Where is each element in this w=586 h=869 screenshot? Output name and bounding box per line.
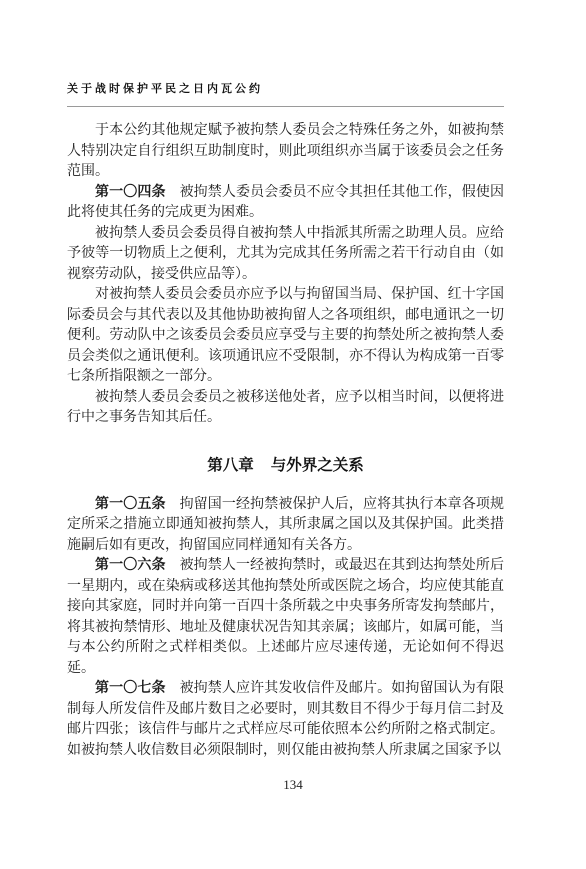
article-paragraph: 于本公约其他规定赋予被拘禁人委员会之特殊任务之外，如被拘禁人特别决定自行组织互助…: [67, 121, 504, 183]
article-number: 第一〇七条: [95, 681, 166, 696]
running-header: 关于战时保护平民之日内瓦公约: [67, 81, 504, 97]
article-number: 第一〇五条: [95, 497, 166, 512]
article-paragraph: 第一〇六条被拘禁人一经被拘禁时，或最迟在其到达拘禁处所后一星期内，或在染病或移送…: [67, 556, 504, 679]
article-paragraph: 对被拘禁人委员会委员亦应予以与拘留国当局、保护国、红十字国际委员会与其代表以及其…: [67, 285, 504, 388]
document-body: 于本公约其他规定赋予被拘禁人委员会之特殊任务之外，如被拘禁人特别决定自行组织互助…: [67, 121, 504, 761]
paragraph-text: 被拘禁人委员会委员之被移送他处者，应予以相当时间，以便将进行中之事务告知其后任。: [67, 390, 504, 426]
paragraph-text: 于本公约其他规定赋予被拘禁人委员会之特殊任务之外，如被拘禁人特别决定自行组织互助…: [67, 123, 504, 179]
article-paragraph: 第一〇五条拘留国一经拘禁被保护人后，应将其执行本章各项规定所采之措施立即通知被拘…: [67, 495, 504, 557]
article-paragraph: 被拘禁人委员会委员得自被拘禁人中指派其所需之助理人员。应给予彼等一切物质上之便利…: [67, 224, 504, 286]
article-paragraph: 第一〇七条被拘禁人应许其发收信件及邮片。如拘留国认为有限制每人所发信件及邮片数目…: [67, 679, 504, 761]
header-rule: [67, 106, 504, 107]
page-number: 134: [0, 776, 586, 794]
chapter-number: 第八章: [207, 457, 254, 474]
article-paragraph: 第一〇四条被拘禁人委员会委员不应令其担任其他工作，假使因此将使其任务的完成更为困…: [67, 183, 504, 224]
article-paragraph: 被拘禁人委员会委员之被移送他处者，应予以相当时间，以便将进行中之事务告知其后任。: [67, 388, 504, 429]
paragraph-text: 对被拘禁人委员会委员亦应予以与拘留国当局、保护国、红十字国际委员会与其代表以及其…: [67, 287, 504, 384]
chapter-heading: 第八章与外界之关系: [67, 453, 504, 479]
chapter-title: 与外界之关系: [271, 457, 364, 474]
document-page: 关于战时保护平民之日内瓦公约 于本公约其他规定赋予被拘禁人委员会之特殊任务之外，…: [0, 0, 586, 869]
article-number: 第一〇四条: [95, 185, 166, 200]
article-number: 第一〇六条: [95, 558, 166, 573]
paragraph-text: 被拘禁人一经被拘禁时，或最迟在其到达拘禁处所后一星期内，或在染病或移送其他拘禁处…: [67, 558, 504, 676]
paragraph-text: 被拘禁人委员会委员得自被拘禁人中指派其所需之助理人员。应给予彼等一切物质上之便利…: [67, 226, 504, 282]
